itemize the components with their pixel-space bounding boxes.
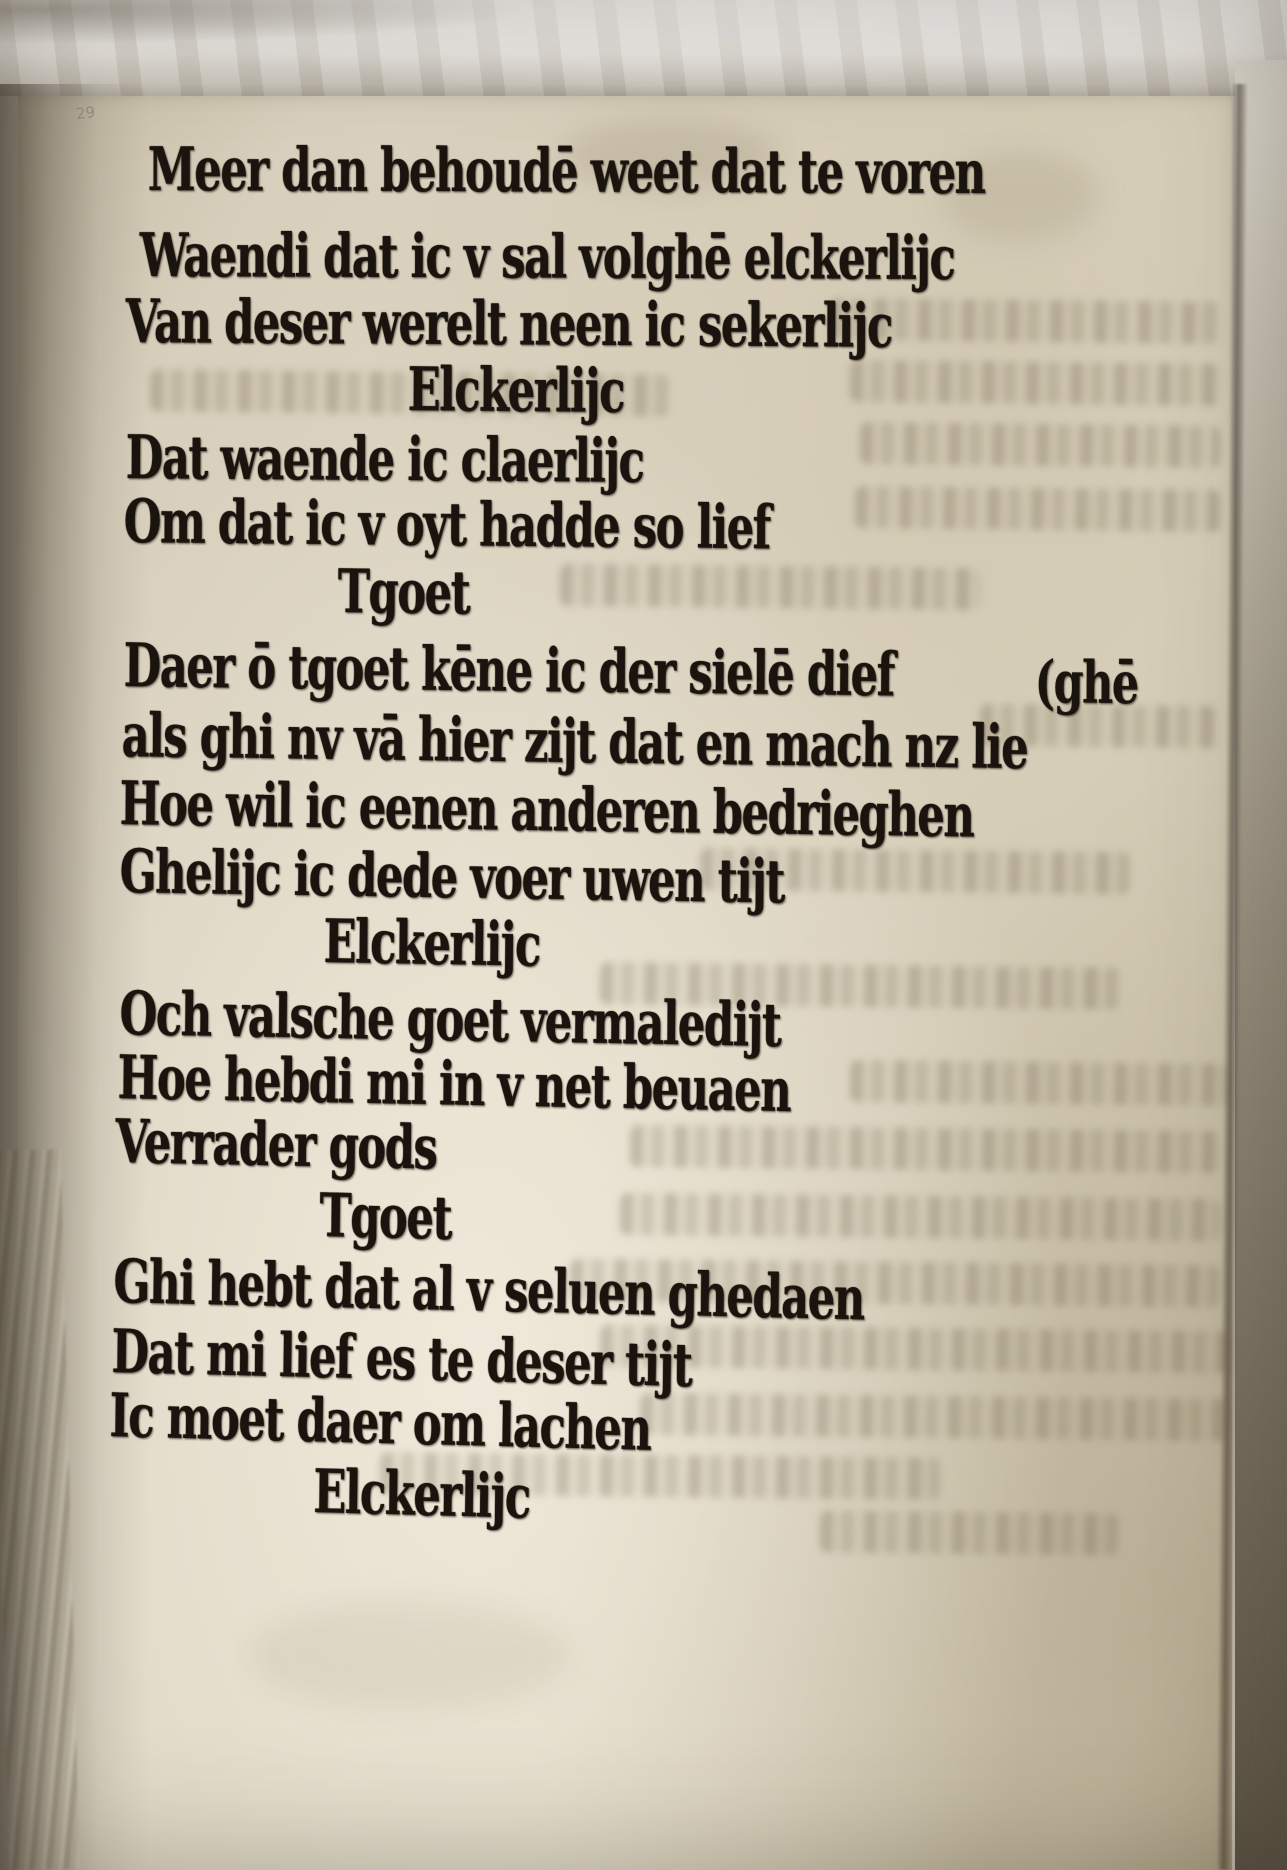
verse-line: Daer ō tgoet kēne ic der sielē dief [124, 636, 894, 705]
verse-line: Ghelijc ic dede voer uwen tijt [120, 842, 785, 912]
verse-line: Ic moet daer om lachen [109, 1386, 651, 1460]
cloth-backdrop-top [0, 0, 1287, 96]
speaker-heading: Tgoet [319, 1186, 451, 1249]
speaker-heading: Tgoet [338, 562, 470, 623]
verse-line: Meer dan behoudē weet dat te voren [148, 140, 985, 203]
verse-line: Dat waende ic claerlijc [126, 428, 644, 492]
verse-line: Hoe wil ic eenen anderen bedrieghen [120, 774, 974, 846]
verse-line: als ghi nv vā hier zijt dat en mach nz l… [122, 706, 1028, 778]
verse-line: Van deser werelt neen ic sekerlijc [126, 292, 892, 357]
speaker-heading: Elckerlijc [323, 912, 540, 976]
verse-line: Waendi dat ic v sal volghē elckerlijc [140, 226, 955, 289]
pencil-folio-number: 29 [75, 103, 96, 123]
turnover-text: (ghē [1035, 648, 1138, 717]
book-page-photo: 29 Meer dan behoudē weet dat te voren Wa… [0, 0, 1287, 1870]
verse-line: Ghi hebt dat al v seluen ghedaen [113, 1252, 864, 1329]
speaker-heading: Elckerlijc [313, 1462, 530, 1528]
verse-line: Verrader gods [115, 1112, 436, 1179]
verse-line: Om dat ic v oyt hadde so lief [124, 492, 770, 558]
speaker-heading: Elckerlijc [408, 360, 624, 422]
